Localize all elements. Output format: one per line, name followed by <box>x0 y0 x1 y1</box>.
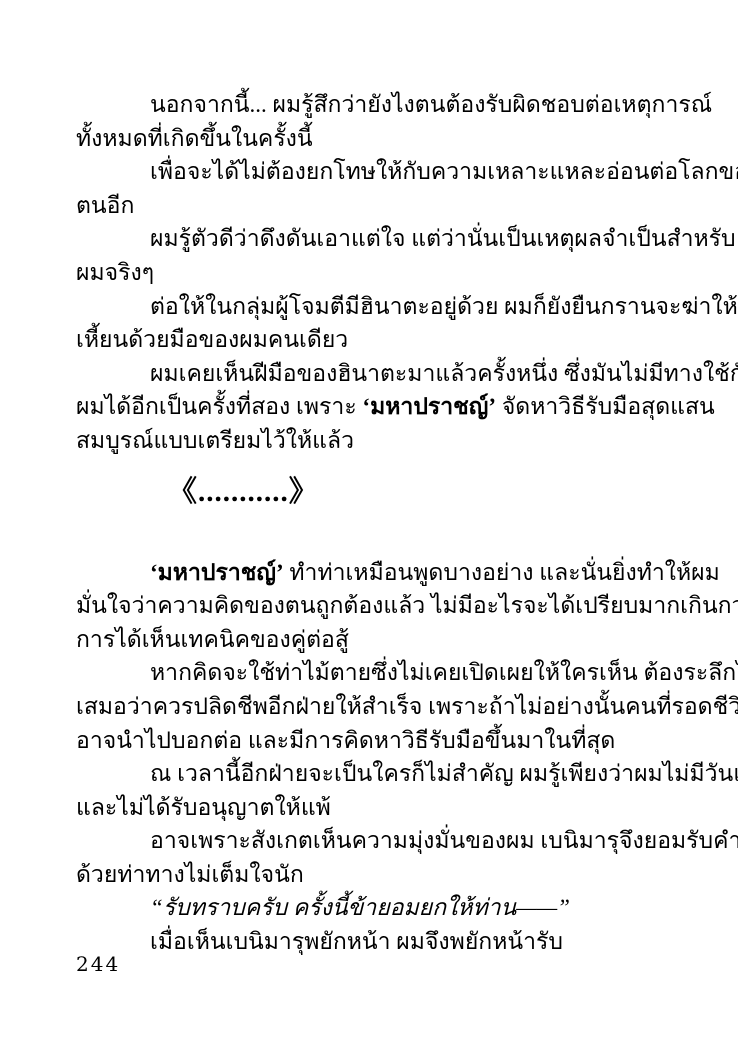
text-segment: เสมอว่าควรปลิดชีพอีกฝ่ายให้สำเร็จ เพราะถ… <box>76 694 738 719</box>
text-line: “รับทราบครับ ครั้งนี้ข้ายอมยกให้ท่าน——” <box>76 891 666 925</box>
text-segment: ผมได้อีกเป็นครั้งที่สอง เพราะ <box>76 394 362 419</box>
text-line: เสมอว่าควรปลิดชีพอีกฝ่ายให้สำเร็จ เพราะถ… <box>76 690 666 724</box>
text-line: ตนอีก <box>76 189 666 223</box>
text-segment: และไม่ได้รับอนุญาตให้แพ้ <box>76 795 331 820</box>
text-line: และไม่ได้รับอนุญาตให้แพ้ <box>76 791 666 825</box>
text-line: อาจนำไปบอกต่อ และมีการคิดหาวิธีรับมือขึ้… <box>76 724 666 758</box>
text-line: เมื่อเห็นเบนิมารุพยักหน้า ผมจึงพยักหน้าร… <box>76 925 666 959</box>
text-segment: มั่นใจว่าความคิดของตนถูกต้องแล้ว ไม่มีอะ… <box>76 593 738 618</box>
text-line: เพื่อจะได้ไม่ต้องยกโทษให้กับความเหลาะแหล… <box>76 155 666 189</box>
text-line: ผมจริงๆ <box>76 256 666 290</box>
text-segment: นอกจากนี้... ผมรู้สึกว่ายังไงตนต้องรับผิ… <box>150 92 712 117</box>
text-segment: ผมเคยเห็นฝีมือของฮินาตะมาแล้วครั้งหนึ่ง … <box>150 361 738 386</box>
page-number: 244 <box>76 952 120 976</box>
text-segment: ผมรู้ตัวดีว่าดึงดันเอาแต่ใจ แต่ว่านั่นเป… <box>150 226 736 251</box>
text-segment: ต่อให้ในกลุ่มผู้โจมตีมีฮินาตะอยู่ด้วย ผม… <box>150 294 738 319</box>
text-line: เหี้ยนด้วยมือของผมคนเดียว <box>76 323 666 357</box>
text-line: ‘มหาปราชญ์’ ทำท่าเหมือนพูดบางอย่าง และนั… <box>76 556 666 590</box>
text-segment: ทั้งหมดที่เกิดขึ้นในครั้งนี้ <box>76 126 313 151</box>
text-segment: เมื่อเห็นเบนิมารุพยักหน้า ผมจึงพยักหน้าร… <box>150 929 563 954</box>
text-line: ต่อให้ในกลุ่มผู้โจมตีมีฮินาตะอยู่ด้วย ผม… <box>76 290 666 324</box>
text-segment: การได้เห็นเทคนิคของคู่ต่อสู้ <box>76 627 349 652</box>
text-line: ผมได้อีกเป็นครั้งที่สอง เพราะ ‘มหาปราชญ์… <box>76 390 666 424</box>
text-segment: อาจนำไปบอกต่อ และมีการคิดหาวิธีรับมือขึ้… <box>76 728 615 753</box>
text-segment: ทำท่าเหมือนพูดบางอย่าง และนั่นยิ่งทำให้ผ… <box>284 560 720 585</box>
text-segment: สมบูรณ์แบบเตรียมไว้ให้แล้ว <box>76 428 354 453</box>
text-line: ณ เวลานี้อีกฝ่ายจะเป็นใครก็ไม่สำคัญ ผมรู… <box>76 757 666 791</box>
text-segment: หากคิดจะใช้ท่าไม้ตายซึ่งไม่เคยเปิดเผยให้… <box>150 660 738 685</box>
text-line: อาจเพราะสังเกตเห็นความมุ่งมั่นของผม เบนิ… <box>76 824 666 858</box>
bold-term: ‘มหาปราชญ์’ <box>362 394 496 419</box>
text-segment: ด้วยท่าทางไม่เต็มใจนัก <box>76 862 304 887</box>
text-segment: ณ เวลานี้อีกฝ่ายจะเป็นใครก็ไม่สำคัญ ผมรู… <box>150 761 738 786</box>
body-text: นอกจากนี้... ผมรู้สึกว่ายังไงตนต้องรับผิ… <box>76 88 666 959</box>
text-line: สมบูรณ์แบบเตรียมไว้ให้แล้ว <box>76 424 666 458</box>
text-line: ผมเคยเห็นฝีมือของฮินาตะมาแล้วครั้งหนึ่ง … <box>76 357 666 391</box>
text-line: นอกจากนี้... ผมรู้สึกว่ายังไงตนต้องรับผิ… <box>76 88 666 122</box>
text-line: หากคิดจะใช้ท่าไม้ตายซึ่งไม่เคยเปิดเผยให้… <box>76 656 666 690</box>
text-segment: เหี้ยนด้วยมือของผมคนเดียว <box>76 327 348 352</box>
text-segment: ผมจริงๆ <box>76 260 154 285</box>
text-line: การได้เห็นเทคนิคของคู่ต่อสู้ <box>76 623 666 657</box>
bold-term: ‘มหาปราชญ์’ <box>150 560 284 585</box>
text-line: ผมรู้ตัวดีว่าดึงดันเอาแต่ใจ แต่ว่านั่นเป… <box>76 222 666 256</box>
text-line: ทั้งหมดที่เกิดขึ้นในครั้งนี้ <box>76 122 666 156</box>
text-segment: จัดหาวิธีรับมือสุดแสน <box>496 394 715 419</box>
text-segment: อาจเพราะสังเกตเห็นความมุ่งมั่นของผม เบนิ… <box>150 828 738 853</box>
text-segment: ตนอีก <box>76 193 134 218</box>
book-page: นอกจากนี้... ผมรู้สึกว่ายังไงตนต้องรับผิ… <box>0 0 738 1051</box>
text-segment: เพื่อจะได้ไม่ต้องยกโทษให้กับความเหลาะแหล… <box>150 159 738 184</box>
text-line: มั่นใจว่าความคิดของตนถูกต้องแล้ว ไม่มีอะ… <box>76 589 666 623</box>
dialogue-quote: “รับทราบครับ ครั้งนี้ข้ายอมยกให้ท่าน——” <box>150 895 570 920</box>
text-line: ด้วยท่าทางไม่เต็มใจนัก <box>76 858 666 892</box>
section-divider: 《...........》 <box>76 470 666 514</box>
